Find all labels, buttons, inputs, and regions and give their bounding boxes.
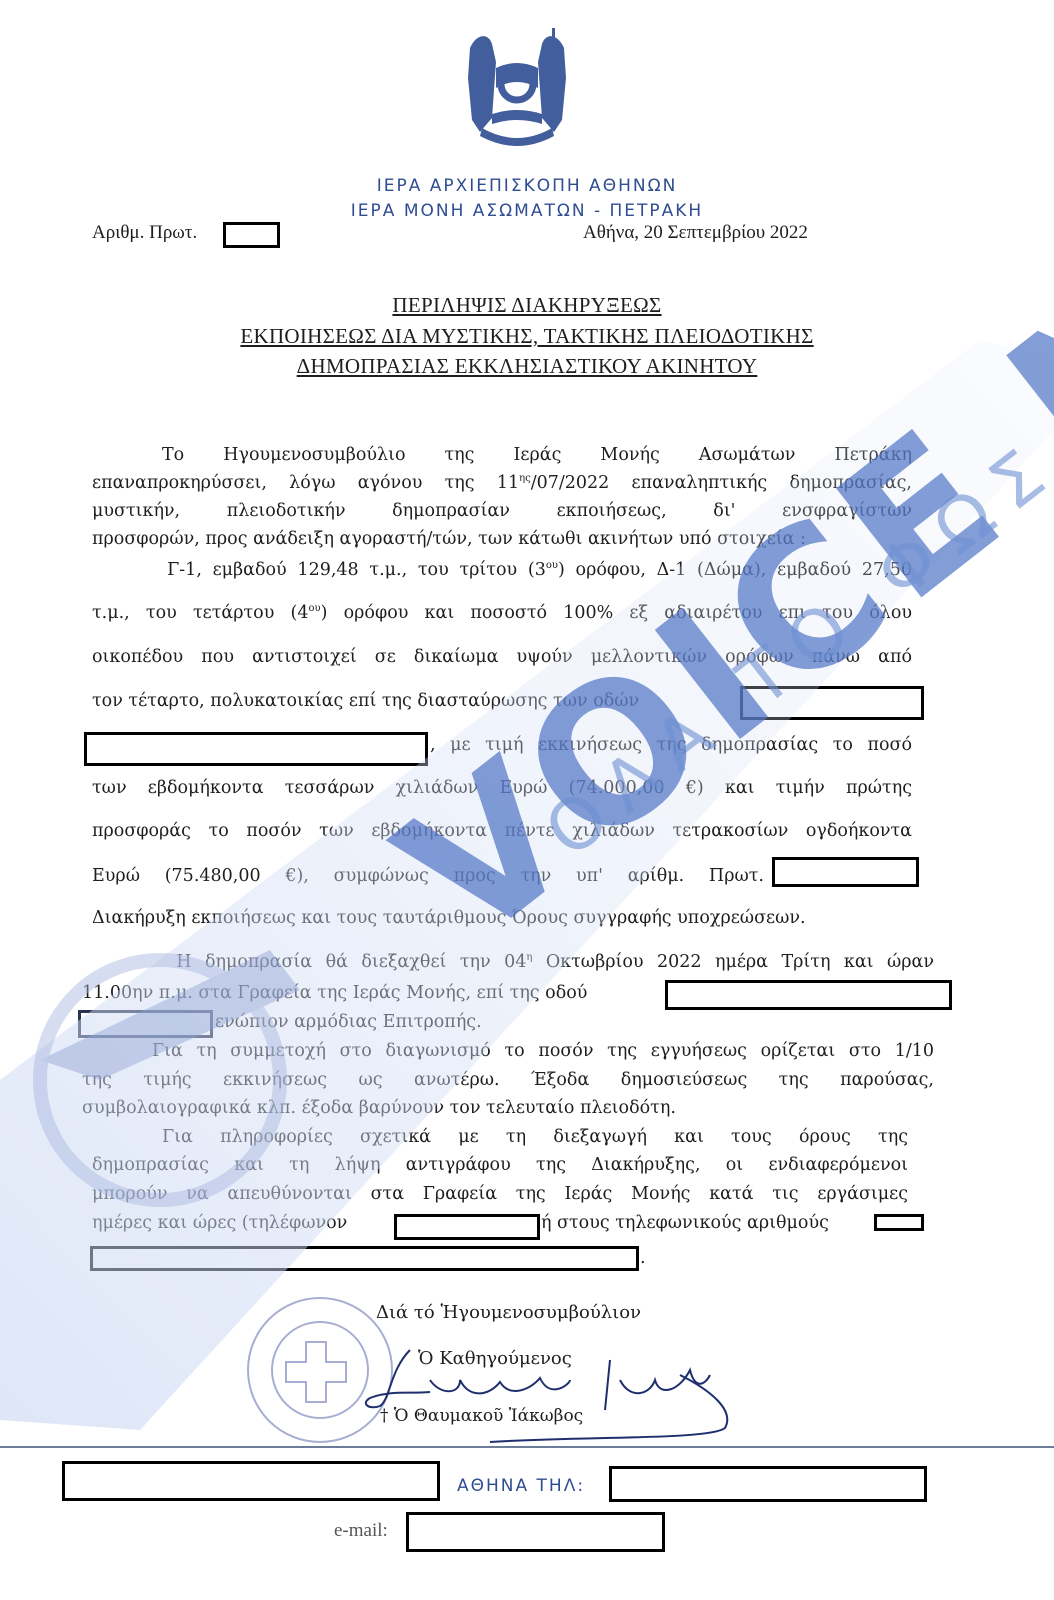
monastery-crest-icon: [462, 28, 572, 156]
info-line-period: .: [640, 1248, 660, 1268]
handwritten-signature-icon: [350, 1340, 750, 1450]
first-offer-line: προσφοράς το ποσόν των εβδομήκοντα πέντε…: [92, 821, 912, 841]
redacted-protocol-reference: [772, 857, 919, 887]
info-line: ή στους τηλεφωνικούς αριθμούς: [541, 1213, 871, 1233]
property-description-line: οικοπέδου που αντιστοιχεί σε δικαίωμα υψ…: [92, 647, 912, 667]
signatory-name: † Ὁ Θαυμακοῦ Ἰάκωβος: [380, 1406, 583, 1426]
title-line-2: ΕΚΠΟΙΗΣΕΩΣ ΔΙΑ ΜΥΣΤΙΚΗΣ, ΤΑΚΤΙΚΗΣ ΠΛΕΙΟΔ…: [0, 324, 1054, 349]
redacted-footer-phone: [609, 1466, 927, 1502]
redacted-phone-numbers-1: [874, 1214, 924, 1231]
protocol-number-label: Αριθμ. Πρωτ.: [92, 222, 197, 244]
redacted-protocol-number: [223, 222, 280, 248]
paragraph-1-line: προσφορών, προς ανάδειξη αγοραστή/τών, τ…: [92, 529, 912, 549]
signature-on-behalf: Διά τό Ἡγουμενοσυμβούλιον: [376, 1302, 641, 1323]
info-line: δημοπρασίας και τη λήψη αντιγράφου της Δ…: [92, 1155, 908, 1175]
document-date: Αθήνα, 20 Σεπτεμβρίου 2022: [583, 222, 808, 244]
property-description-line: τ.μ., του τετάρτου (4ου) ορόφου και ποσο…: [92, 603, 912, 623]
auction-date-line: Η δημοπρασία θά διεξαχθεί την 04η Οκτωβρ…: [82, 952, 934, 972]
redacted-office-street-number: [78, 1010, 213, 1038]
redacted-street-names-2: [84, 732, 428, 766]
property-description-line: Γ-1, εμβαδού 129,48 τ.μ., του τρίτου (3ο…: [92, 560, 912, 580]
property-description-line: , με τιμή εκκινήσεως της δημοπρασίας το …: [430, 735, 912, 755]
redacted-email: [406, 1512, 665, 1552]
redacted-street-names-1: [740, 686, 924, 720]
redacted-phone-numbers-2: [90, 1246, 639, 1271]
starting-price-line: των εβδομήκοντα τεσσάρων χιλιάδων Ευρώ (…: [92, 778, 912, 798]
guarantee-line: συμβολαιογραφικά κλπ. έξοδα βαρύνουν τον…: [82, 1098, 934, 1118]
title-line-1: ΠΕΡΙΛΗΨΙΣ ΔΙΑΚΗΡΥΞΕΩΣ: [0, 293, 1054, 318]
property-description-line: Διακήρυξη εκποιήσεως και τους ταυτάριθμο…: [92, 908, 912, 928]
redacted-office-street: [665, 980, 952, 1010]
redacted-phone-number: [394, 1214, 540, 1240]
footer-email-label: e-mail:: [334, 1520, 388, 1542]
auction-committee-line: ενώπιον αρμόδιας Επιτροπής.: [215, 1012, 615, 1032]
letterhead-archdiocese: ΙΕΡΑ ΑΡΧΙΕΠΙΣΚΟΠΗ ΑΘΗΝΩΝ: [0, 176, 1054, 196]
property-description-line: Ευρώ (75.480,00 €), συμφώνως προς την υπ…: [92, 866, 764, 886]
paragraph-1-line: μυστικήν, πλειοδοτικήν δημοπρασίαν εκποι…: [92, 501, 912, 521]
auction-location-line: 11.00ην π.μ. στα Γραφεία της Ιεράς Μονής…: [82, 983, 662, 1003]
title-line-3: ΔΗΜΟΠΡΑΣΙΑΣ ΕΚΚΛΗΣΙΑΣΤΙΚΟΥ ΑΚΙΝΗΤΟΥ: [0, 354, 1054, 379]
footer-divider: [0, 1446, 1054, 1448]
footer-city-phone-label: ΑΘΗΝΑ ΤΗΛ:: [457, 1476, 585, 1496]
paragraph-1-line: Το Ηγουμενοσυμβούλιο της Ιεράς Μονής Ασω…: [92, 445, 912, 465]
guarantee-line: Για τη συμμετοχή στο διαγωνισμό το ποσόν…: [82, 1041, 934, 1061]
paragraph-1-line: επαναπροκηρύσσει, λόγω αγόνου της 11ης/0…: [92, 473, 912, 493]
info-line: ημέρες και ώρες (τηλέφωνον: [92, 1213, 392, 1233]
info-line: μπορούν να απευθύνονται στα Γραφεία της …: [92, 1184, 908, 1204]
guarantee-line: της τιμής εκκινήσεως ως ανωτέρω. Έξοδα δ…: [82, 1070, 934, 1090]
property-description-line: τον τέταρτο, πολυκατοικίας επί της διαστ…: [92, 691, 742, 711]
info-line: Για πληροφορίες σχετικά με τη διεξαγωγή …: [92, 1127, 908, 1147]
letterhead-monastery: ΙΕΡΑ ΜΟΝΗ ΑΣΩΜΑΤΩΝ - ΠΕΤΡΑΚΗ: [0, 201, 1054, 221]
redacted-address: [62, 1461, 440, 1501]
